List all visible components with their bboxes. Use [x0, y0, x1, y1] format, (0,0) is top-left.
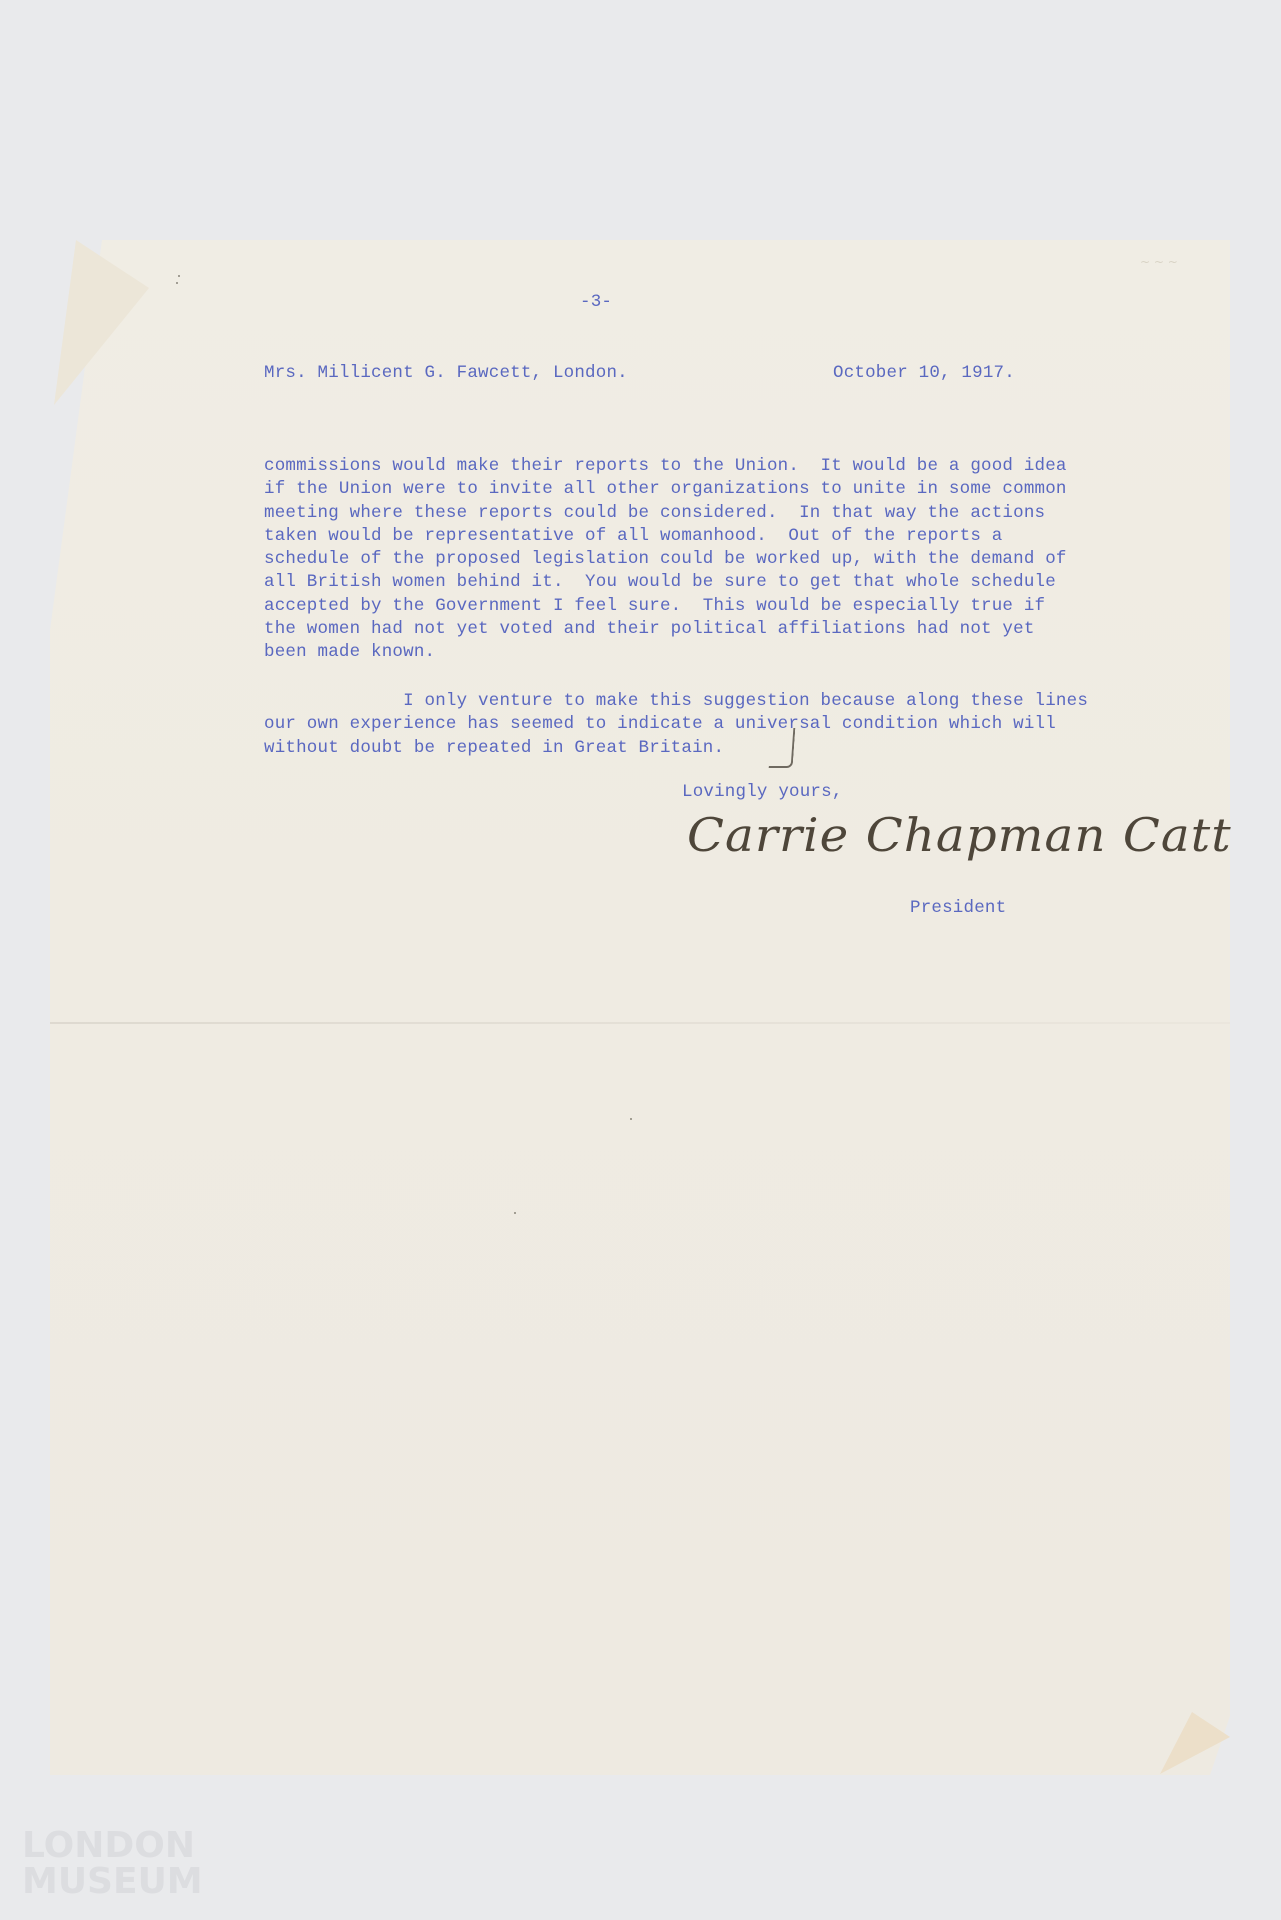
handwritten-bracket-mark	[769, 728, 796, 768]
watermark-line-1: LONDON	[22, 1828, 203, 1864]
paper-speck	[514, 1212, 516, 1214]
museum-watermark-logo: LONDON MUSEUM	[22, 1828, 203, 1900]
watermark-line-2: MUSEUM	[22, 1864, 203, 1900]
signer-title: President	[910, 897, 1006, 920]
paper-speck	[630, 1118, 632, 1120]
addressee-line: Mrs. Millicent G. Fawcett, London.	[264, 362, 628, 385]
body-paragraph-2: I only venture to make this suggestion b…	[264, 690, 1088, 760]
paper-speck	[178, 275, 180, 277]
letter-date: October 10, 1917.	[833, 362, 1015, 385]
paper-speck	[176, 282, 178, 284]
pencil-annotation-top-right: ~ ~ ~	[1140, 255, 1178, 269]
body-paragraph-1: commissions would make their reports to …	[264, 455, 1067, 665]
closing-salutation: Lovingly yours,	[682, 781, 843, 804]
page-number: -3-	[580, 291, 612, 314]
paper-fold-line	[50, 1022, 1230, 1024]
handwritten-signature: Carrie Chapman Catt	[687, 808, 1232, 862]
